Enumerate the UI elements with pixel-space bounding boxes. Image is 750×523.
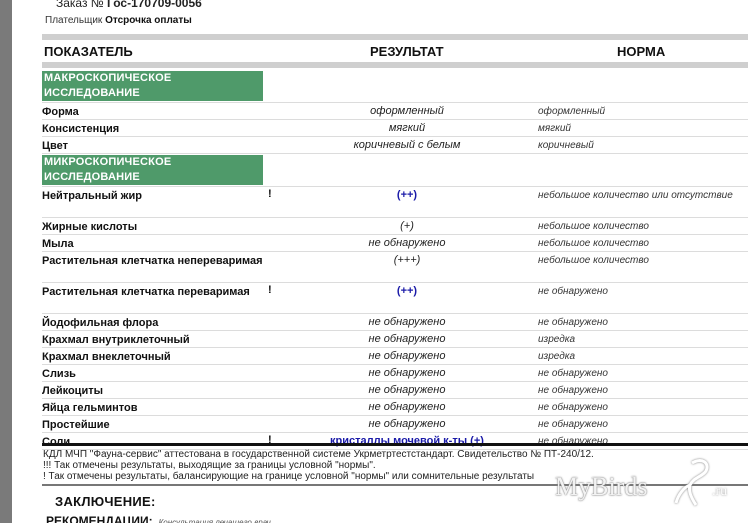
notes: КДЛ МЧП "Фауна-сервис" аттестована в гос… bbox=[43, 449, 594, 482]
row-result: не обнаружено bbox=[282, 350, 532, 362]
order-number: Заказ № Гос-170709-0056 bbox=[56, 0, 202, 10]
order-value: Гос-170709-0056 bbox=[107, 0, 202, 10]
table-end-rule bbox=[42, 443, 748, 446]
table-row: Соли!кристаллы мочевой к-ты (+)не обнару… bbox=[42, 433, 748, 450]
table-row: Жирные кислоты(+)небольшое количество bbox=[42, 218, 748, 235]
table-row: Йодофильная флоране обнаруженоне обнаруж… bbox=[42, 314, 748, 331]
row-norm: не обнаружено bbox=[538, 284, 738, 299]
payer: Плательщик Отсрочка оплаты bbox=[45, 15, 192, 26]
payer-value: Отсрочка оплаты bbox=[105, 15, 192, 26]
order-label: Заказ № bbox=[56, 0, 104, 10]
note-out-of-range: !!! Так отмечены результаты, выходящие з… bbox=[43, 460, 594, 471]
watermark-bird-icon bbox=[672, 455, 712, 515]
header-top-bar bbox=[42, 34, 748, 40]
row-norm: не обнаружено bbox=[538, 417, 738, 432]
table-row: Слизьне обнаруженоне обнаружено bbox=[42, 365, 748, 382]
row-norm: оформленный bbox=[538, 104, 738, 119]
table-row: Лейкоцитыне обнаруженоне обнаружено bbox=[42, 382, 748, 399]
row-result: не обнаружено bbox=[282, 418, 532, 430]
macro-rows: ФормаоформленныйоформленныйКонсистенциям… bbox=[42, 103, 748, 154]
row-result: (+++) bbox=[282, 254, 532, 266]
row-indicator-name: Нейтральный жир bbox=[42, 188, 272, 204]
recommendations-text: Консультация лечащего врач bbox=[159, 518, 271, 523]
row-result: не обнаружено bbox=[282, 316, 532, 328]
row-indicator-name: Цвет bbox=[42, 138, 272, 154]
row-norm: не обнаружено bbox=[538, 434, 738, 449]
row-result: (++) bbox=[282, 285, 532, 297]
row-flag: ! bbox=[268, 284, 272, 296]
row-result: не обнаружено bbox=[282, 384, 532, 396]
recommendations: РЕКОМЕНДАЦИИ:Консультация лечащего врач bbox=[46, 514, 271, 523]
row-indicator-name: Слизь bbox=[42, 366, 272, 382]
row-result: не обнаружено bbox=[282, 237, 532, 249]
note-borderline: ! Так отмечены результаты, балансирующие… bbox=[43, 471, 594, 482]
results-table: МАКРОСКОПИЧЕСКОЕ ИССЛЕДОВАНИЕ Формаоформ… bbox=[42, 70, 748, 450]
row-result: оформленный bbox=[282, 105, 532, 117]
row-result: не обнаружено bbox=[282, 367, 532, 379]
row-norm: мягкий bbox=[538, 121, 738, 136]
row-indicator-name: Крахмал внеклеточный bbox=[42, 349, 272, 365]
table-row: Растительная клетчатка непереваримая(+++… bbox=[42, 252, 748, 283]
row-result: (+) bbox=[282, 220, 532, 232]
recommendations-label: РЕКОМЕНДАЦИИ: bbox=[46, 514, 153, 523]
table-row: Простейшиене обнаруженоне обнаружено bbox=[42, 416, 748, 433]
section-macro: МАКРОСКОПИЧЕСКОЕ ИССЛЕДОВАНИЕ bbox=[42, 70, 748, 103]
row-norm: небольшое количество bbox=[538, 219, 738, 234]
row-indicator-name: Йодофильная флора bbox=[42, 315, 272, 331]
row-norm: изредка bbox=[538, 349, 738, 364]
row-norm: небольшое количество или отсутствие bbox=[538, 188, 738, 203]
row-norm: не обнаружено bbox=[538, 315, 738, 330]
row-indicator-name: Растительная клетчатка непереваримая bbox=[42, 253, 272, 269]
note-accreditation: КДЛ МЧП "Фауна-сервис" аттестована в гос… bbox=[43, 449, 594, 460]
table-row: Мылане обнаруженонебольшое количество bbox=[42, 235, 748, 252]
row-result: не обнаружено bbox=[282, 333, 532, 345]
table-row: Растительная клетчатка переваримая!(++)н… bbox=[42, 283, 748, 314]
row-indicator-name: Крахмал внутриклеточный bbox=[42, 332, 272, 348]
row-result: (++) bbox=[282, 189, 532, 201]
row-flag: ! bbox=[268, 188, 272, 200]
table-row: Консистенциямягкиймягкий bbox=[42, 120, 748, 137]
row-norm: изредка bbox=[538, 332, 738, 347]
row-indicator-name: Жирные кислоты bbox=[42, 219, 272, 235]
conclusion-heading: ЗАКЛЮЧЕНИЕ: bbox=[55, 494, 156, 509]
row-indicator-name: Консистенция bbox=[42, 121, 272, 137]
row-indicator-name: Простейшие bbox=[42, 417, 272, 433]
row-norm: небольшое количество bbox=[538, 236, 738, 251]
row-result: коричневый с белым bbox=[282, 139, 532, 151]
table-row: Яйца гельминтовне обнаруженоне обнаружен… bbox=[42, 399, 748, 416]
header-bottom-bar bbox=[42, 62, 748, 68]
row-result: не обнаружено bbox=[282, 401, 532, 413]
row-indicator-name: Яйца гельминтов bbox=[42, 400, 272, 416]
row-indicator-name: Мыла bbox=[42, 236, 272, 252]
table-row: Крахмал внеклеточныйне обнаруженоизредка bbox=[42, 348, 748, 365]
row-norm: небольшое количество bbox=[538, 253, 738, 268]
row-norm: не обнаружено bbox=[538, 383, 738, 398]
table-row: Цветкоричневый с белымкоричневый bbox=[42, 137, 748, 154]
row-indicator-name: Соли bbox=[42, 434, 272, 450]
row-norm: не обнаружено bbox=[538, 400, 738, 415]
row-norm: не обнаружено bbox=[538, 366, 738, 381]
payer-label: Плательщик bbox=[45, 15, 102, 26]
table-row: Формаоформленныйоформленный bbox=[42, 103, 748, 120]
page-edge-shadow bbox=[0, 0, 12, 523]
micro-rows: Нейтральный жир!(++)небольшое количество… bbox=[42, 187, 748, 450]
row-indicator-name: Растительная клетчатка переваримая bbox=[42, 284, 272, 300]
row-result: мягкий bbox=[282, 122, 532, 134]
column-header-norm: НОРМА bbox=[617, 44, 665, 59]
row-indicator-name: Форма bbox=[42, 104, 272, 120]
section-micro: МИКРОСКОПИЧЕСКОЕ ИССЛЕДОВАНИЕ bbox=[42, 154, 748, 187]
watermark-suffix: .ru bbox=[712, 484, 727, 500]
section-macro-label: МАКРОСКОПИЧЕСКОЕ ИССЛЕДОВАНИЕ bbox=[42, 71, 263, 101]
watermark-text: MyBirds bbox=[555, 472, 647, 502]
table-row: Крахмал внутриклеточныйне обнаруженоизре… bbox=[42, 331, 748, 348]
column-header-indicator: ПОКАЗАТЕЛЬ bbox=[44, 44, 133, 59]
column-header-result: РЕЗУЛЬТАТ bbox=[370, 44, 444, 59]
row-indicator-name: Лейкоциты bbox=[42, 383, 272, 399]
row-norm: коричневый bbox=[538, 138, 738, 153]
table-row: Нейтральный жир!(++)небольшое количество… bbox=[42, 187, 748, 218]
section-micro-label: МИКРОСКОПИЧЕСКОЕ ИССЛЕДОВАНИЕ bbox=[42, 155, 263, 185]
